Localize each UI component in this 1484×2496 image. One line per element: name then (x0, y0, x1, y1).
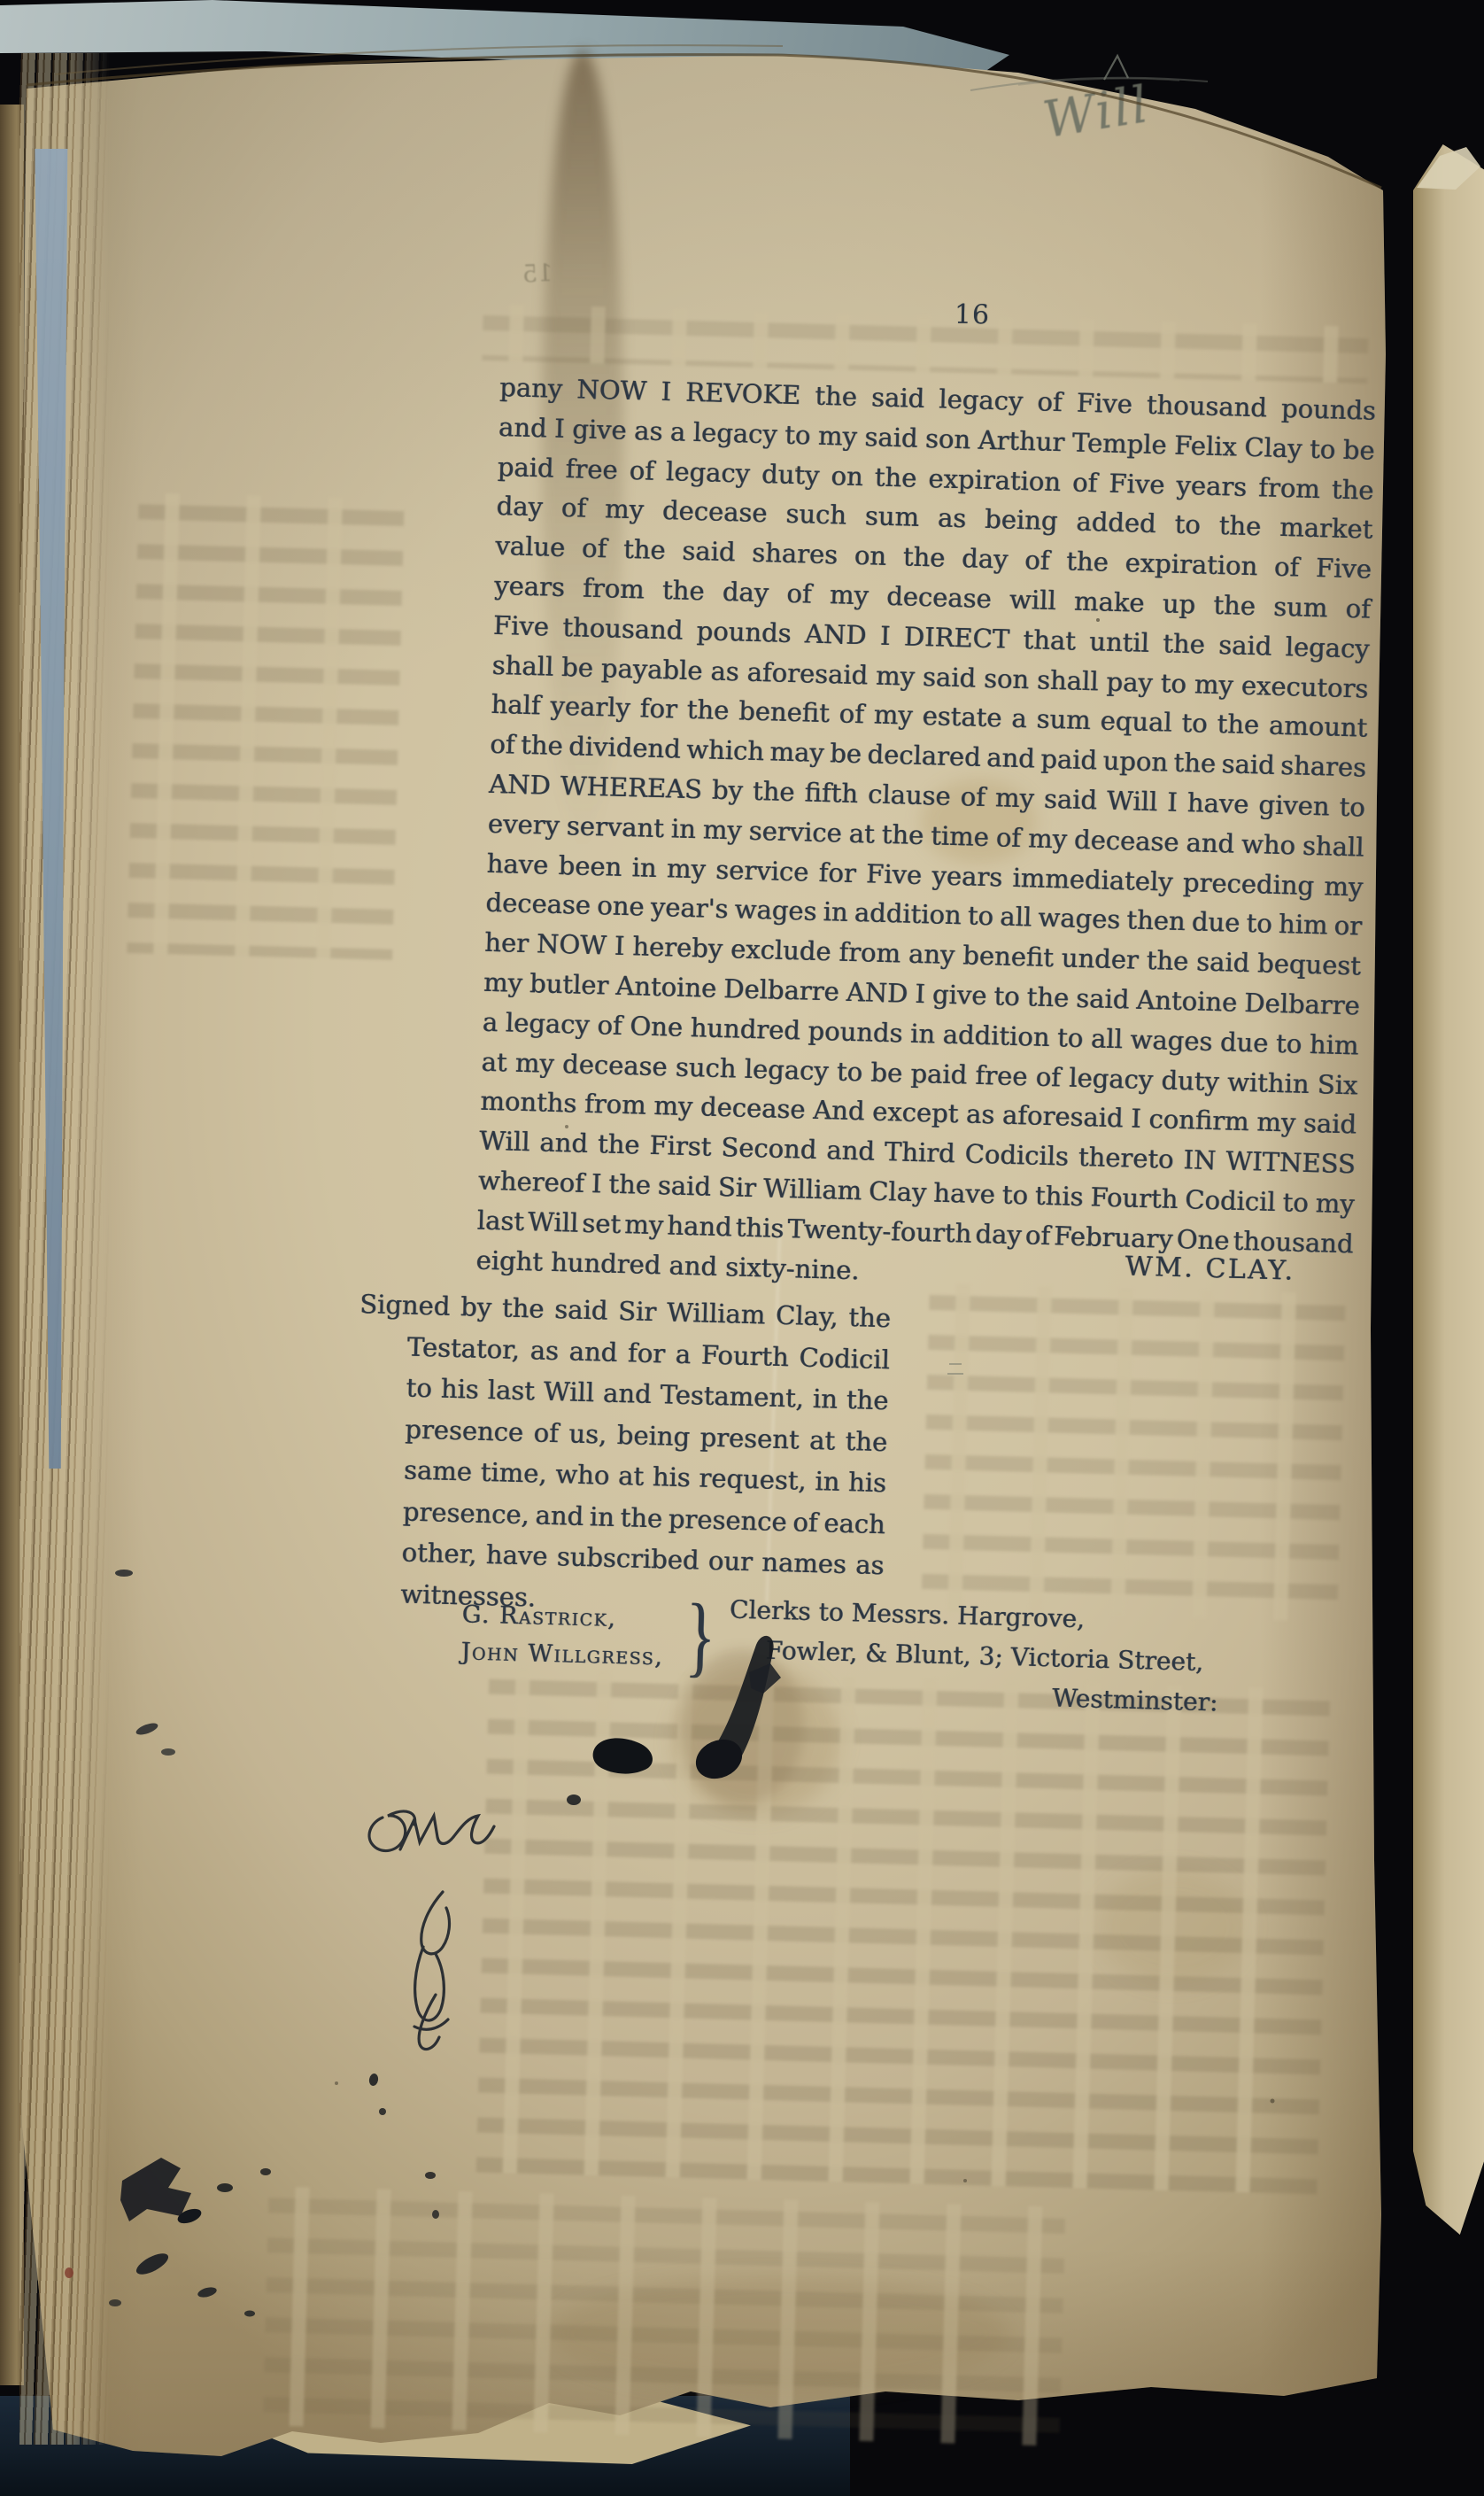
ink-bleed-through (263, 2186, 1066, 2446)
ghost-page-number: 15 (522, 260, 553, 288)
witness-description: Clerks to Messrs. Hargrove,Fowler, & Blu… (727, 1590, 1222, 1723)
brace-glyph: } (684, 1590, 716, 1681)
page-number: 16 (937, 298, 1009, 331)
printed-text-block: panyNOWIREVOKEthesaidlegacyofFivethousan… (462, 368, 1394, 1791)
attestation-clause: SignedbythesaidSirWilliamClay,theTestato… (352, 1283, 892, 1627)
book-scan: 15 16 Will panyNOWIREVOKEthesaidlegacyof… (0, 0, 1484, 2496)
adjacent-page-edge (1413, 144, 1484, 2235)
codicil-paragraph: panyNOWIREVOKEthesaidlegacyofFivethousan… (475, 368, 1395, 1304)
witness-block: G. Rastrick,John Willgress, } Clerks to … (459, 1596, 1348, 1762)
ink-bleed-through (127, 492, 405, 960)
